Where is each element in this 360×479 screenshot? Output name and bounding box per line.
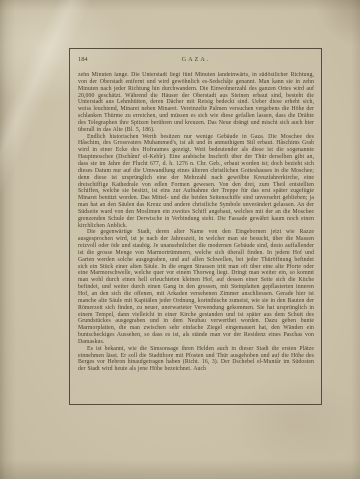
paragraph: Die gegenwärtige Stadt, deren alter Name… [78, 229, 314, 345]
paragraph: zehn Minuten lange. Die Unterstadt liegt… [78, 72, 314, 134]
paragraph: Es ist bekannt, wie die Simsonsage ihren… [78, 346, 314, 373]
running-title: GAZA. [78, 56, 314, 63]
running-head: 184 GAZA. [78, 56, 314, 66]
page-rule-frame: 184 GAZA. zehn Minuten lange. Die Unters… [69, 48, 322, 405]
body-text: zehn Minuten lange. Die Unterstadt liegt… [78, 72, 314, 395]
scanned-book-page: 184 GAZA. zehn Minuten lange. Die Unters… [0, 0, 360, 479]
paragraph: Endlich historischen Werth besitzen nur … [78, 134, 314, 230]
